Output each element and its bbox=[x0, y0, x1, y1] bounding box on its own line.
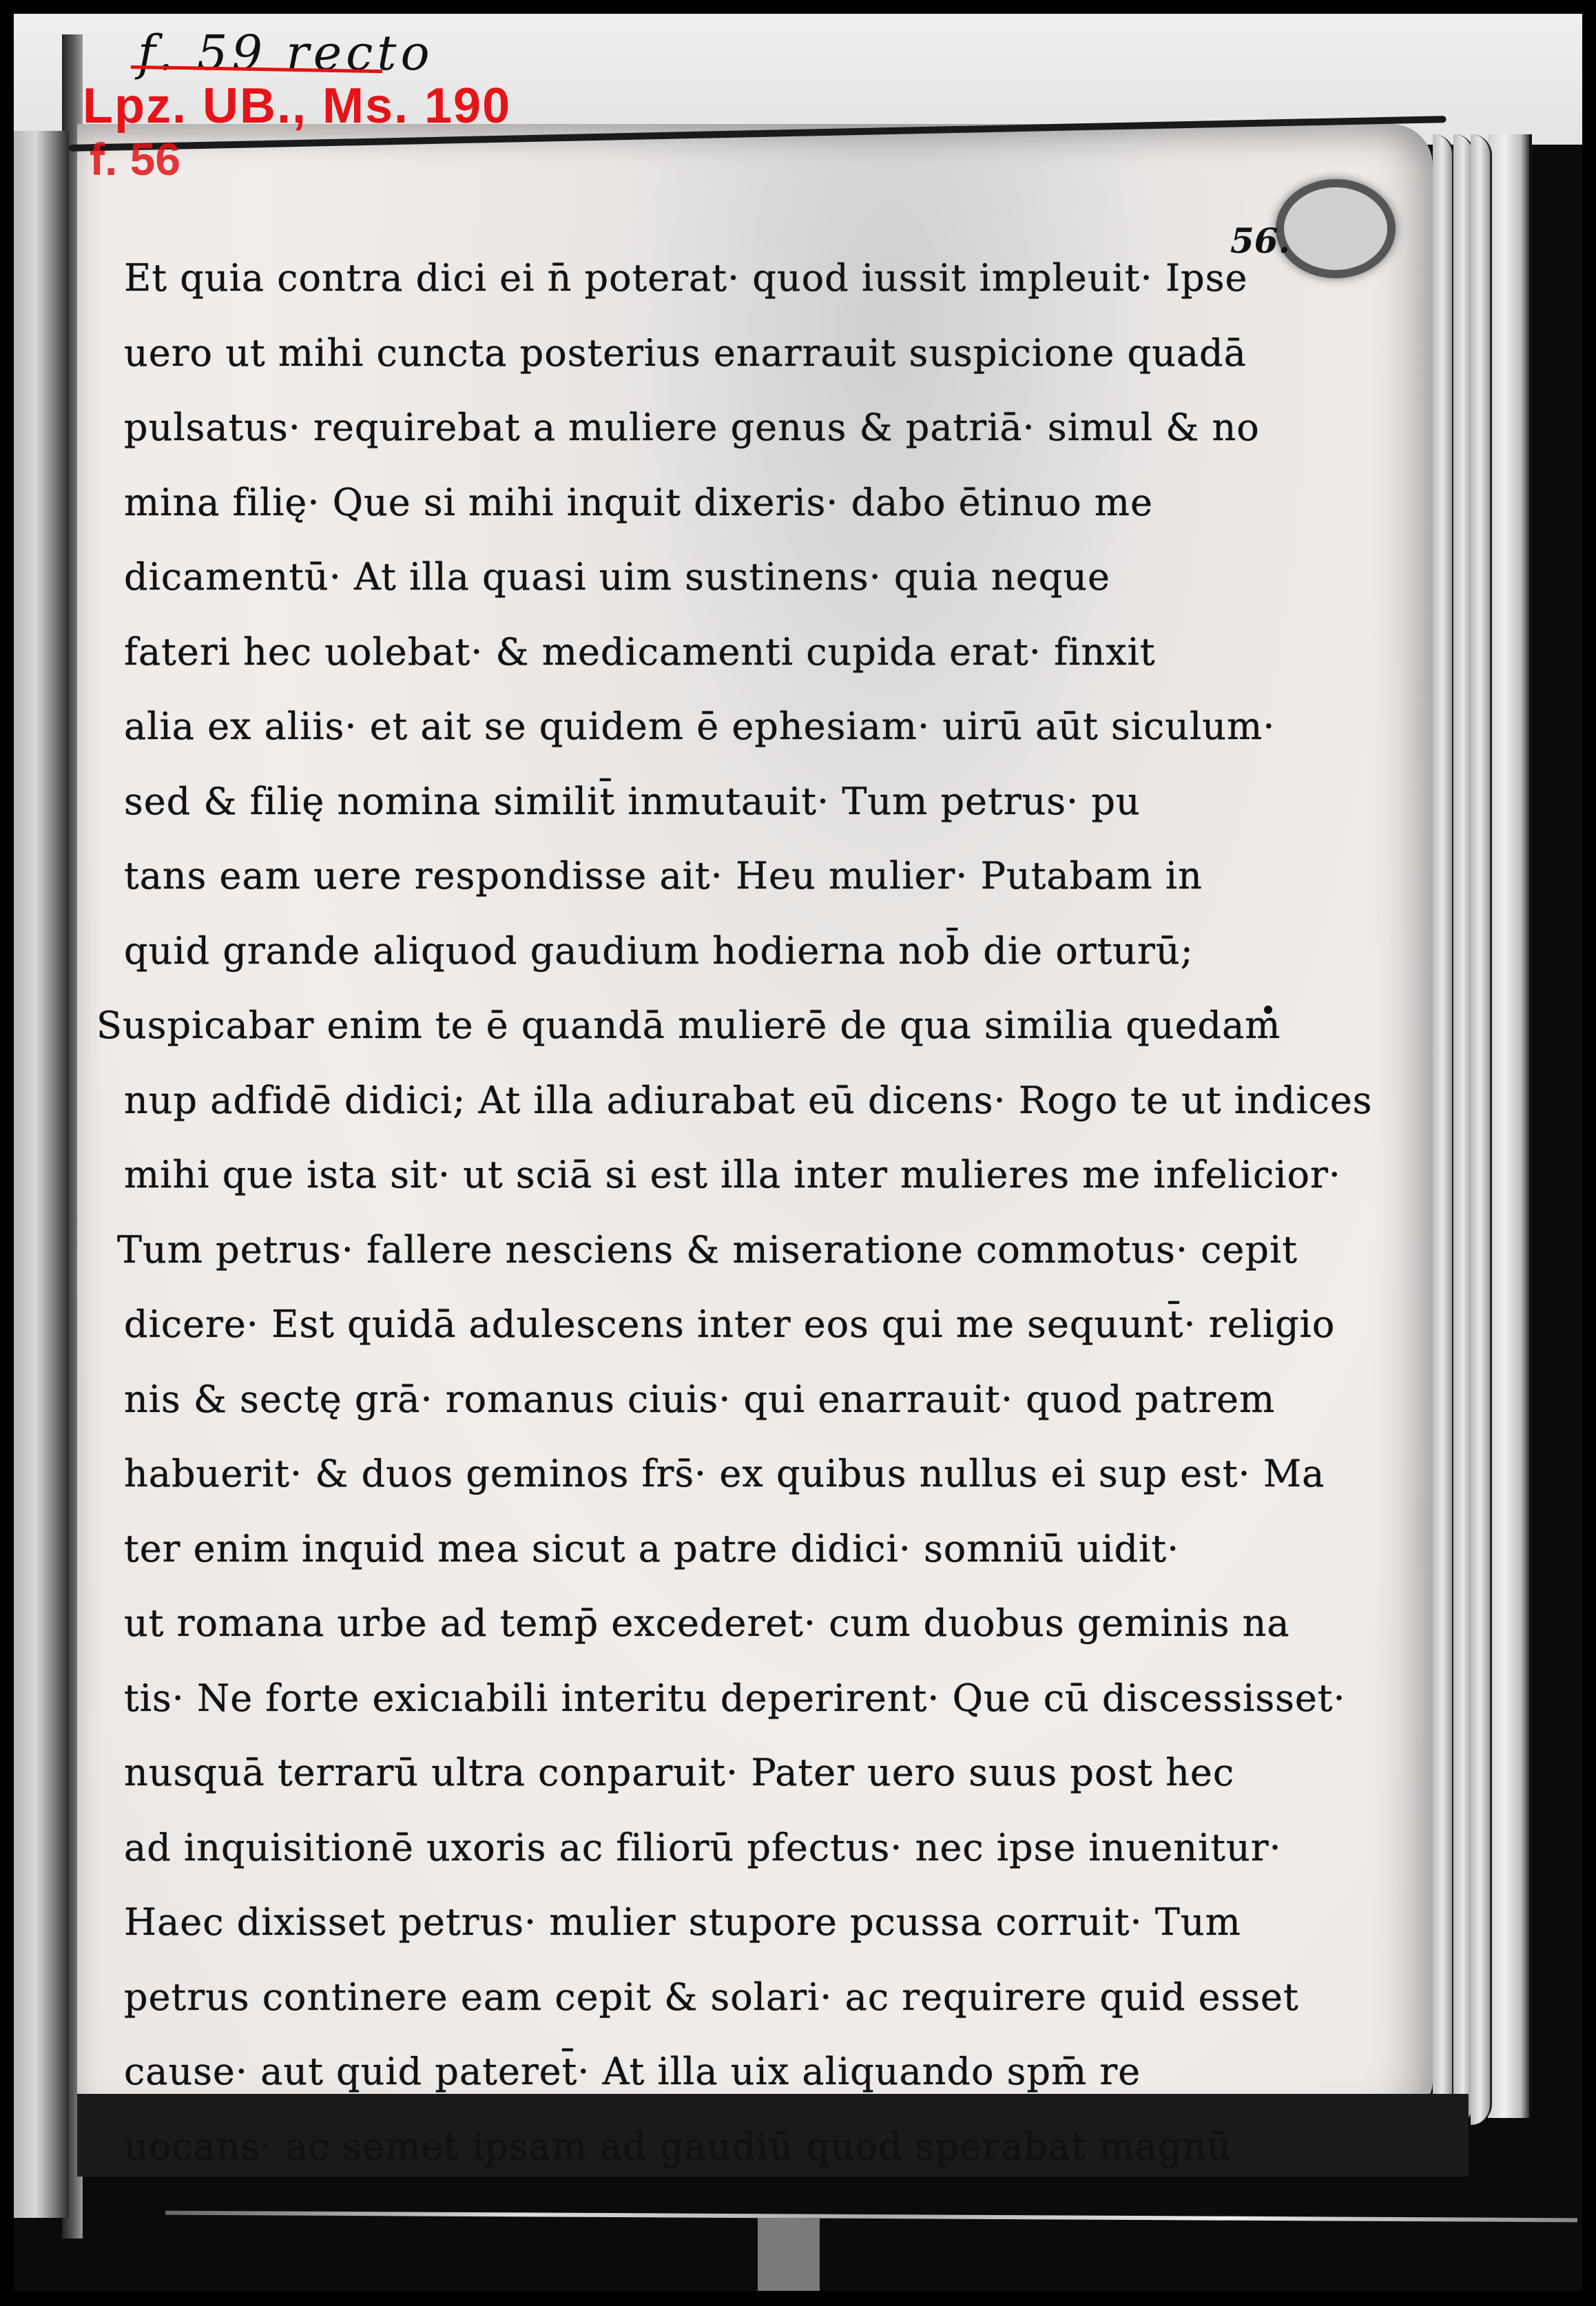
text-line: pulsatus· requirebat a muliere genus & p… bbox=[124, 391, 1267, 466]
shelfmark-annotation: Lpz. UB., Ms. 190 bbox=[83, 81, 511, 131]
text-line: nup adfidē didici; At illa adiurabat eū … bbox=[124, 1063, 1267, 1139]
text-line: mina filię· Que si mihi inquit dixeris· … bbox=[124, 466, 1267, 541]
text-line: quid grande aliquod gaudium hodierna nob… bbox=[124, 914, 1267, 989]
photograph-frame: f. 59 recto Lpz. UB., Ms. 190 f. 56 56. … bbox=[14, 14, 1582, 2291]
text-line: dicamentū· At illa quasi uim sustinens· … bbox=[124, 540, 1267, 615]
text-line: Et quia contra dici ei n̄ poterat· quod … bbox=[124, 241, 1267, 316]
text-line: nis & sectę grā· romanus ciuis· qui enar… bbox=[124, 1362, 1267, 1437]
support-stripe bbox=[758, 2218, 820, 2291]
facing-page-edge bbox=[14, 131, 69, 2218]
text-line: Tum petrus· fallere nesciens & miseratio… bbox=[117, 1213, 1267, 1288]
text-line: alia ex aliis· et ait se quidem ē ephesi… bbox=[124, 689, 1267, 765]
text-line: habuerit· & duos geminos frs̄· ex quibus… bbox=[124, 1437, 1267, 1512]
text-line: sed & filię nomina similit̄ inmutauit· T… bbox=[124, 765, 1267, 840]
page-edge bbox=[1471, 134, 1492, 2125]
text-line: nusquā terrarū ultra conparuit· Pater ue… bbox=[124, 1736, 1267, 1811]
text-line: petrus continere eam cepit & solari· ac … bbox=[124, 1960, 1267, 2035]
circular-stamp-mark bbox=[1276, 179, 1396, 278]
folio-red-annotation: f. 56 bbox=[90, 136, 180, 182]
manuscript-text-block: Et quia contra dici ei n̄ poterat· quod … bbox=[124, 241, 1267, 2184]
text-line: dicere· Est quidā adulescens inter eos q… bbox=[124, 1287, 1267, 1362]
text-line: Suspicabar enim te ē quandā mulierē de q… bbox=[96, 988, 1267, 1063]
text-line: mihi que ista sit· ut sciā si est illa i… bbox=[124, 1138, 1267, 1213]
text-line: tis· Ne forte exicıabili interitu deperi… bbox=[124, 1661, 1267, 1736]
text-block-edge bbox=[1488, 134, 1532, 2118]
text-line: ad inquisitionē uxoris ac filiorū pfectu… bbox=[124, 1811, 1267, 1886]
page-edge bbox=[1433, 134, 1454, 2125]
text-line: tans eam uere respondisse ait· Heu mulie… bbox=[124, 839, 1267, 914]
text-line: Haec dixisset petrus· mulier stupore pcu… bbox=[124, 1885, 1267, 1960]
book-bottom-edge bbox=[165, 2211, 1577, 2223]
text-line: uocans· ac semet ipsam ad gaudiū quod sp… bbox=[124, 2110, 1267, 2185]
text-line: ter enim inquid mea sicut a patre didici… bbox=[124, 1512, 1267, 1587]
text-line: cause· aut quid pateret̄· At illa uix al… bbox=[124, 2035, 1267, 2110]
text-line: fateri hec uolebat· & medicamenti cupida… bbox=[124, 615, 1267, 690]
text-line: uero ut mihi cuncta posterius enarrauit … bbox=[124, 316, 1267, 391]
text-line: ut romana urbe ad temp̄ excederet· cum d… bbox=[124, 1586, 1267, 1661]
